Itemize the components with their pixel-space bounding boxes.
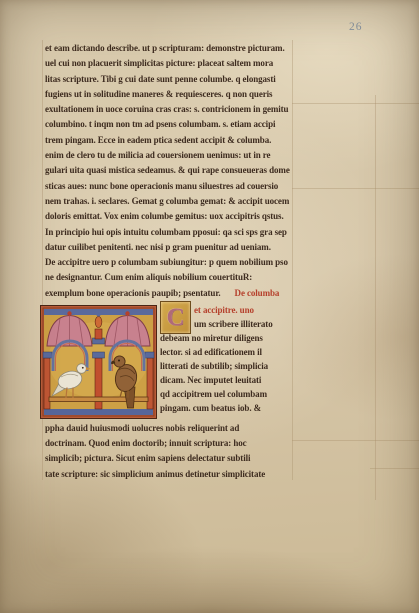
manuscript-text-line: gulari uita quasi mistica sedeamus. & qu… <box>45 163 295 178</box>
manuscript-text-line: sticas aues: nunc bone operacionis manu … <box>45 179 295 194</box>
side-lines: um scribere illiteratodebeam no miretur … <box>160 317 296 415</box>
manuscript-text-line: doctrinam. Quod enim doctorib; innuit sc… <box>45 436 295 451</box>
miniature-dove-and-hawk <box>40 305 157 419</box>
manuscript-text-line: doloris emittat. Vox enim columbe gemitu… <box>45 209 295 224</box>
manuscript-text-line: enim de clero tu de milicia ad couersion… <box>45 148 295 163</box>
frame-band-bottom <box>44 409 153 415</box>
ruling-line <box>370 468 419 469</box>
manuscript-text-line: debeam no miretur diligens <box>160 331 296 345</box>
manuscript-text-line: qd accipitrem uel columbam <box>160 387 296 401</box>
manuscript-text-line: um scribere illiterato <box>194 317 296 331</box>
manuscript-text-line: columbino. t inqm non tm ad psens columb… <box>45 117 295 132</box>
manuscript-text-line: litterati de subtilib; simplicia <box>160 359 296 373</box>
manuscript-text-line: uel cui non placuerit simplicitas pictur… <box>45 56 295 71</box>
manuscript-text-line: lector. si ad edificationem il <box>160 345 296 359</box>
manuscript-text-line: pingam. cum beatus iob. & <box>160 401 296 415</box>
manuscript-text-line: simplicib; pictura. Sicut enim sapiens d… <box>45 451 295 466</box>
manuscript-text-line: ppha dauid huiusmodi uolucres nobis reli… <box>45 421 295 436</box>
ruling-line <box>292 188 419 189</box>
ruling-line <box>292 440 419 441</box>
manuscript-text-line: tate scripture: sic simplicium animus de… <box>45 467 295 482</box>
manuscript-text-line: trem pingam. Ecce in eadem ptica sedent … <box>45 133 295 148</box>
folio-number: 26 <box>349 21 363 33</box>
finial <box>95 317 102 328</box>
manuscript-page: 26 et eam dictando describe. ut p script… <box>0 0 419 613</box>
manuscript-text-line: datur cuilibet penitenti. nec nisi p gra… <box>45 240 295 255</box>
ruling-line <box>292 103 419 104</box>
manuscript-text-line: exemplum bone operacionis paupib; psenta… <box>45 288 221 298</box>
manuscript-text-line: dicam. Nec imputet leuitati <box>160 373 296 387</box>
text-block-beside-miniature: et accipitre. uno um scribere illiterato… <box>160 303 296 415</box>
manuscript-text-line: In principio hui opis intuitu columbam p… <box>45 225 295 240</box>
manuscript-text-line: De accipitre uero p columbam subiungitur… <box>45 255 295 270</box>
manuscript-text-line: ne designantur. Cum enim aliquis nobiliu… <box>45 270 295 285</box>
text-block-upper: et eam dictando describe. ut p scriptura… <box>45 41 295 286</box>
manuscript-text-line: litas scripture. Tibi g cui date sunt pe… <box>45 72 295 87</box>
rubric-chapter-title-line2: et accipitre. uno <box>194 303 296 317</box>
manuscript-text-line: nem trahas. i. seclares. Gemat g columba… <box>45 194 295 209</box>
rubric-chapter-title: De columba <box>235 288 280 298</box>
manuscript-text-line: fugiens ut in solitudine maneres & requi… <box>45 87 295 102</box>
text-block-lower: ppha dauid huiusmodi uolucres nobis reli… <box>45 421 295 482</box>
manuscript-text-line: exultationem in uoce coruina cras cras: … <box>45 102 295 117</box>
ruling-line <box>375 95 376 500</box>
text-line-with-rubric: exemplum bone operacionis paupib; psenta… <box>45 286 279 301</box>
manuscript-text-line: et eam dictando describe. ut p scriptura… <box>45 41 295 56</box>
